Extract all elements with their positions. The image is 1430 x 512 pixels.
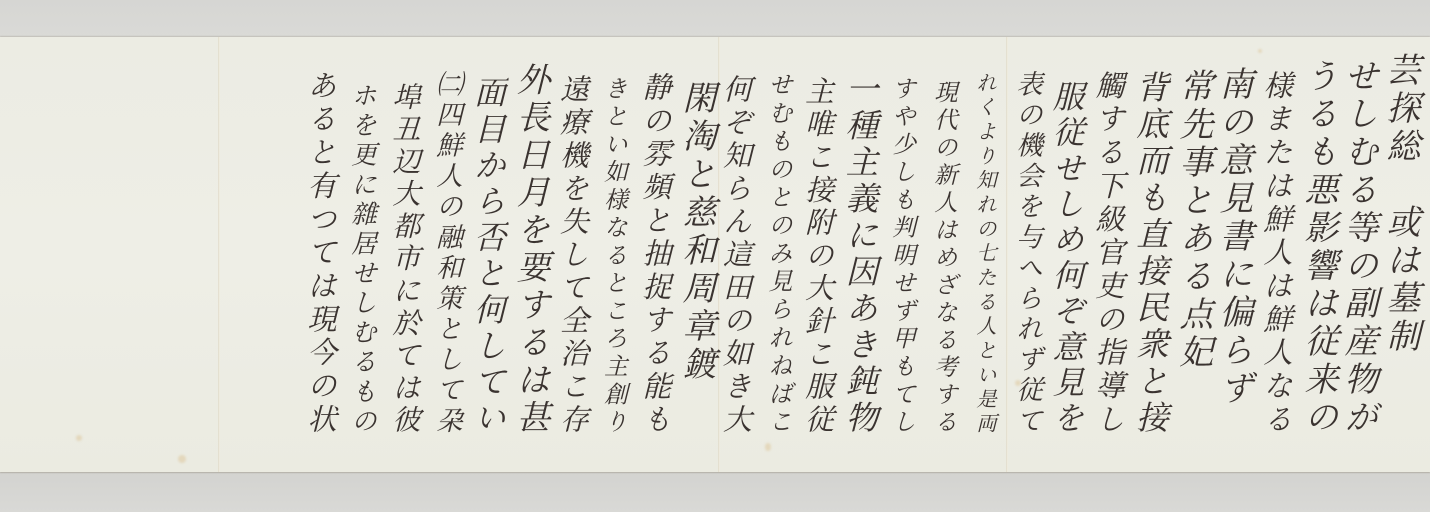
text-column: きとい如様なるところ主創り [597, 76, 631, 437]
text-column: 南の意見書に偏らず [1216, 66, 1250, 408]
text-column: 静の雰頻と抽捉する能も [638, 72, 672, 437]
text-column: 面目から否と何してい [471, 76, 505, 437]
text-column: うるも悪影響は従来の [1301, 58, 1335, 437]
text-column: れくより知れの七たる人とい是両 [968, 72, 1002, 437]
paper-stain [765, 443, 771, 451]
text-column: 現代の新人はめざなる考する [927, 80, 961, 437]
paper-fold-line [218, 37, 220, 472]
paper-stain [178, 455, 186, 463]
paper-stain [76, 435, 82, 441]
text-column: 様または鮮人は鮮人なる [1259, 70, 1293, 437]
text-column: 表の機会を与へられず従て [1009, 70, 1043, 437]
backdrop-bottom [0, 472, 1430, 512]
text-column: ㈡四鮮人の融和策として朶 [429, 70, 463, 437]
text-column: せむものとのみ見られねばこ [761, 72, 795, 437]
text-column: 何ぞ知らん這田の如き大 [719, 74, 753, 437]
text-column: 常先事とある点妃 [1176, 68, 1210, 372]
text-column: 外長日月を要するは甚 [513, 62, 547, 437]
text-column: 遠療機を失して全治こ存 [556, 74, 590, 437]
paper-stain [1258, 49, 1262, 53]
text-column: 服従せしめ何ぞ意見を [1049, 80, 1083, 437]
text-column: 觸する下級官吏の指導し [1091, 70, 1125, 437]
paper-fold-line [1006, 37, 1008, 472]
text-column: 閑淘と慈和周章鍍 [679, 80, 713, 384]
text-column: ホを更に雜居せしむるもの [345, 82, 379, 437]
backdrop-top [0, 0, 1430, 40]
text-column: あると有つては現今の状 [303, 70, 337, 437]
manuscript-paper: 芸探総 或は墓制せしむる等の副産物がうるも悪影響は従来の様または鮮人は鮮人なる南… [0, 37, 1430, 472]
text-column: せしむる等の副産物が [1341, 58, 1375, 437]
text-column: すや少しも判明せず甲もてし [885, 76, 919, 437]
text-column: 埠丑辺大都市に於ては彼 [387, 82, 421, 437]
text-column: 背底而も直接民衆と接 [1133, 70, 1167, 437]
text-column: 芸探総 或は墓制 [1383, 52, 1417, 356]
text-column: 主唯こ接附の大針こ服従 [801, 76, 835, 437]
text-column: 一種主義に因あき鈍物 [843, 72, 877, 437]
